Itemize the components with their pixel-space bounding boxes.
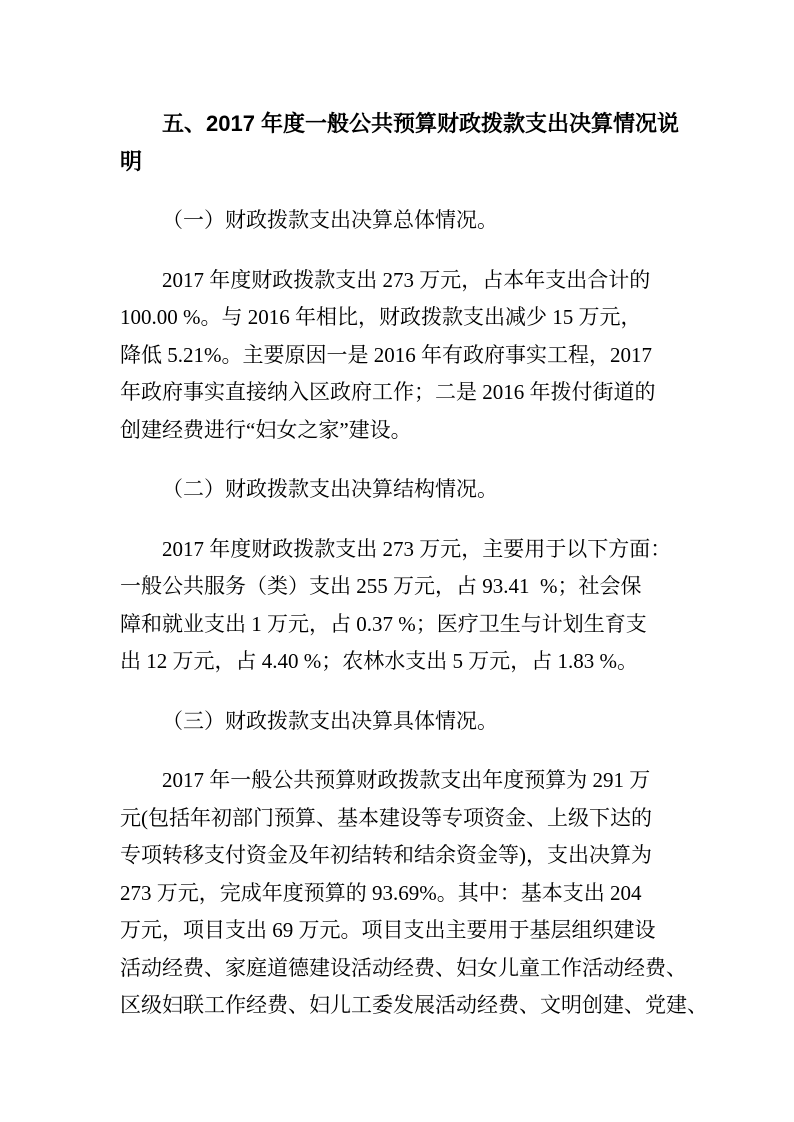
text-line: 区级妇联工作经费、妇儿工委发展活动经费、文明创建、党建、 (120, 987, 675, 1025)
text-line: 出 12 万元，占 4.40 %；农林水支出 5 万元，占 1.83 %。 (120, 643, 675, 681)
text-line: 专项转移支付资金及年初结转和结余资金等)，支出决算为 (120, 837, 675, 875)
section-1-heading: （一）财政拨款支出决算总体情况。 (120, 202, 675, 240)
section-1-paragraph: 2017 年度财政拨款支出 273 万元，占本年支出合计的 100.00 %。与… (120, 262, 675, 450)
text-line: 2017 年一般公共预算财政拨款支出年度预算为 291 万 (120, 762, 675, 800)
text-line: 元(包括年初部门预算、基本建设等专项资金、上级下达的 (120, 800, 675, 838)
section-3-paragraph: 2017 年一般公共预算财政拨款支出年度预算为 291 万 元(包括年初部门预算… (120, 762, 675, 1025)
text-line: 活动经费、家庭道德建设活动经费、妇女儿童工作活动经费、 (120, 950, 675, 988)
title-line-1: 五、2017 年度一般公共预算财政拨款支出决算情况说 (120, 105, 675, 143)
document-title: 五、2017 年度一般公共预算财政拨款支出决算情况说 明 (120, 105, 675, 180)
text-line: 2017 年度财政拨款支出 273 万元，主要用于以下方面： (120, 531, 675, 569)
section-1-heading-text: （一）财政拨款支出决算总体情况。 (120, 202, 675, 240)
section-2-heading-text: （二）财政拨款支出决算结构情况。 (120, 471, 675, 509)
text-line: 创建经费进行“妇女之家”建设。 (120, 412, 675, 450)
section-3-heading-text: （三）财政拨款支出决算具体情况。 (120, 703, 675, 741)
section-2-heading: （二）财政拨款支出决算结构情况。 (120, 471, 675, 509)
section-3-heading: （三）财政拨款支出决算具体情况。 (120, 703, 675, 741)
text-line: 273 万元，完成年度预算的 93.69%。其中：基本支出 204 (120, 875, 675, 913)
text-line: 2017 年度财政拨款支出 273 万元，占本年支出合计的 (120, 262, 675, 300)
text-line: 年政府事实直接纳入区政府工作；二是 2016 年拨付街道的 (120, 374, 675, 412)
text-line: 一般公共服务（类）支出 255 万元，占 93.41 %；社会保 (120, 568, 675, 606)
title-line-2: 明 (120, 143, 675, 181)
text-line: 万元，项目支出 69 万元。项目支出主要用于基层组织建设 (120, 912, 675, 950)
text-line: 100.00 %。与 2016 年相比，财政拨款支出减少 15 万元， (120, 299, 675, 337)
text-line: 障和就业支出 1 万元，占 0.37 %；医疗卫生与计划生育支 (120, 606, 675, 644)
text-line: 降低 5.21%。主要原因一是 2016 年有政府事实工程，2017 (120, 337, 675, 375)
document-page: 五、2017 年度一般公共预算财政拨款支出决算情况说 明 （一）财政拨款支出决算… (0, 0, 794, 1122)
section-2-paragraph: 2017 年度财政拨款支出 273 万元，主要用于以下方面： 一般公共服务（类）… (120, 531, 675, 681)
